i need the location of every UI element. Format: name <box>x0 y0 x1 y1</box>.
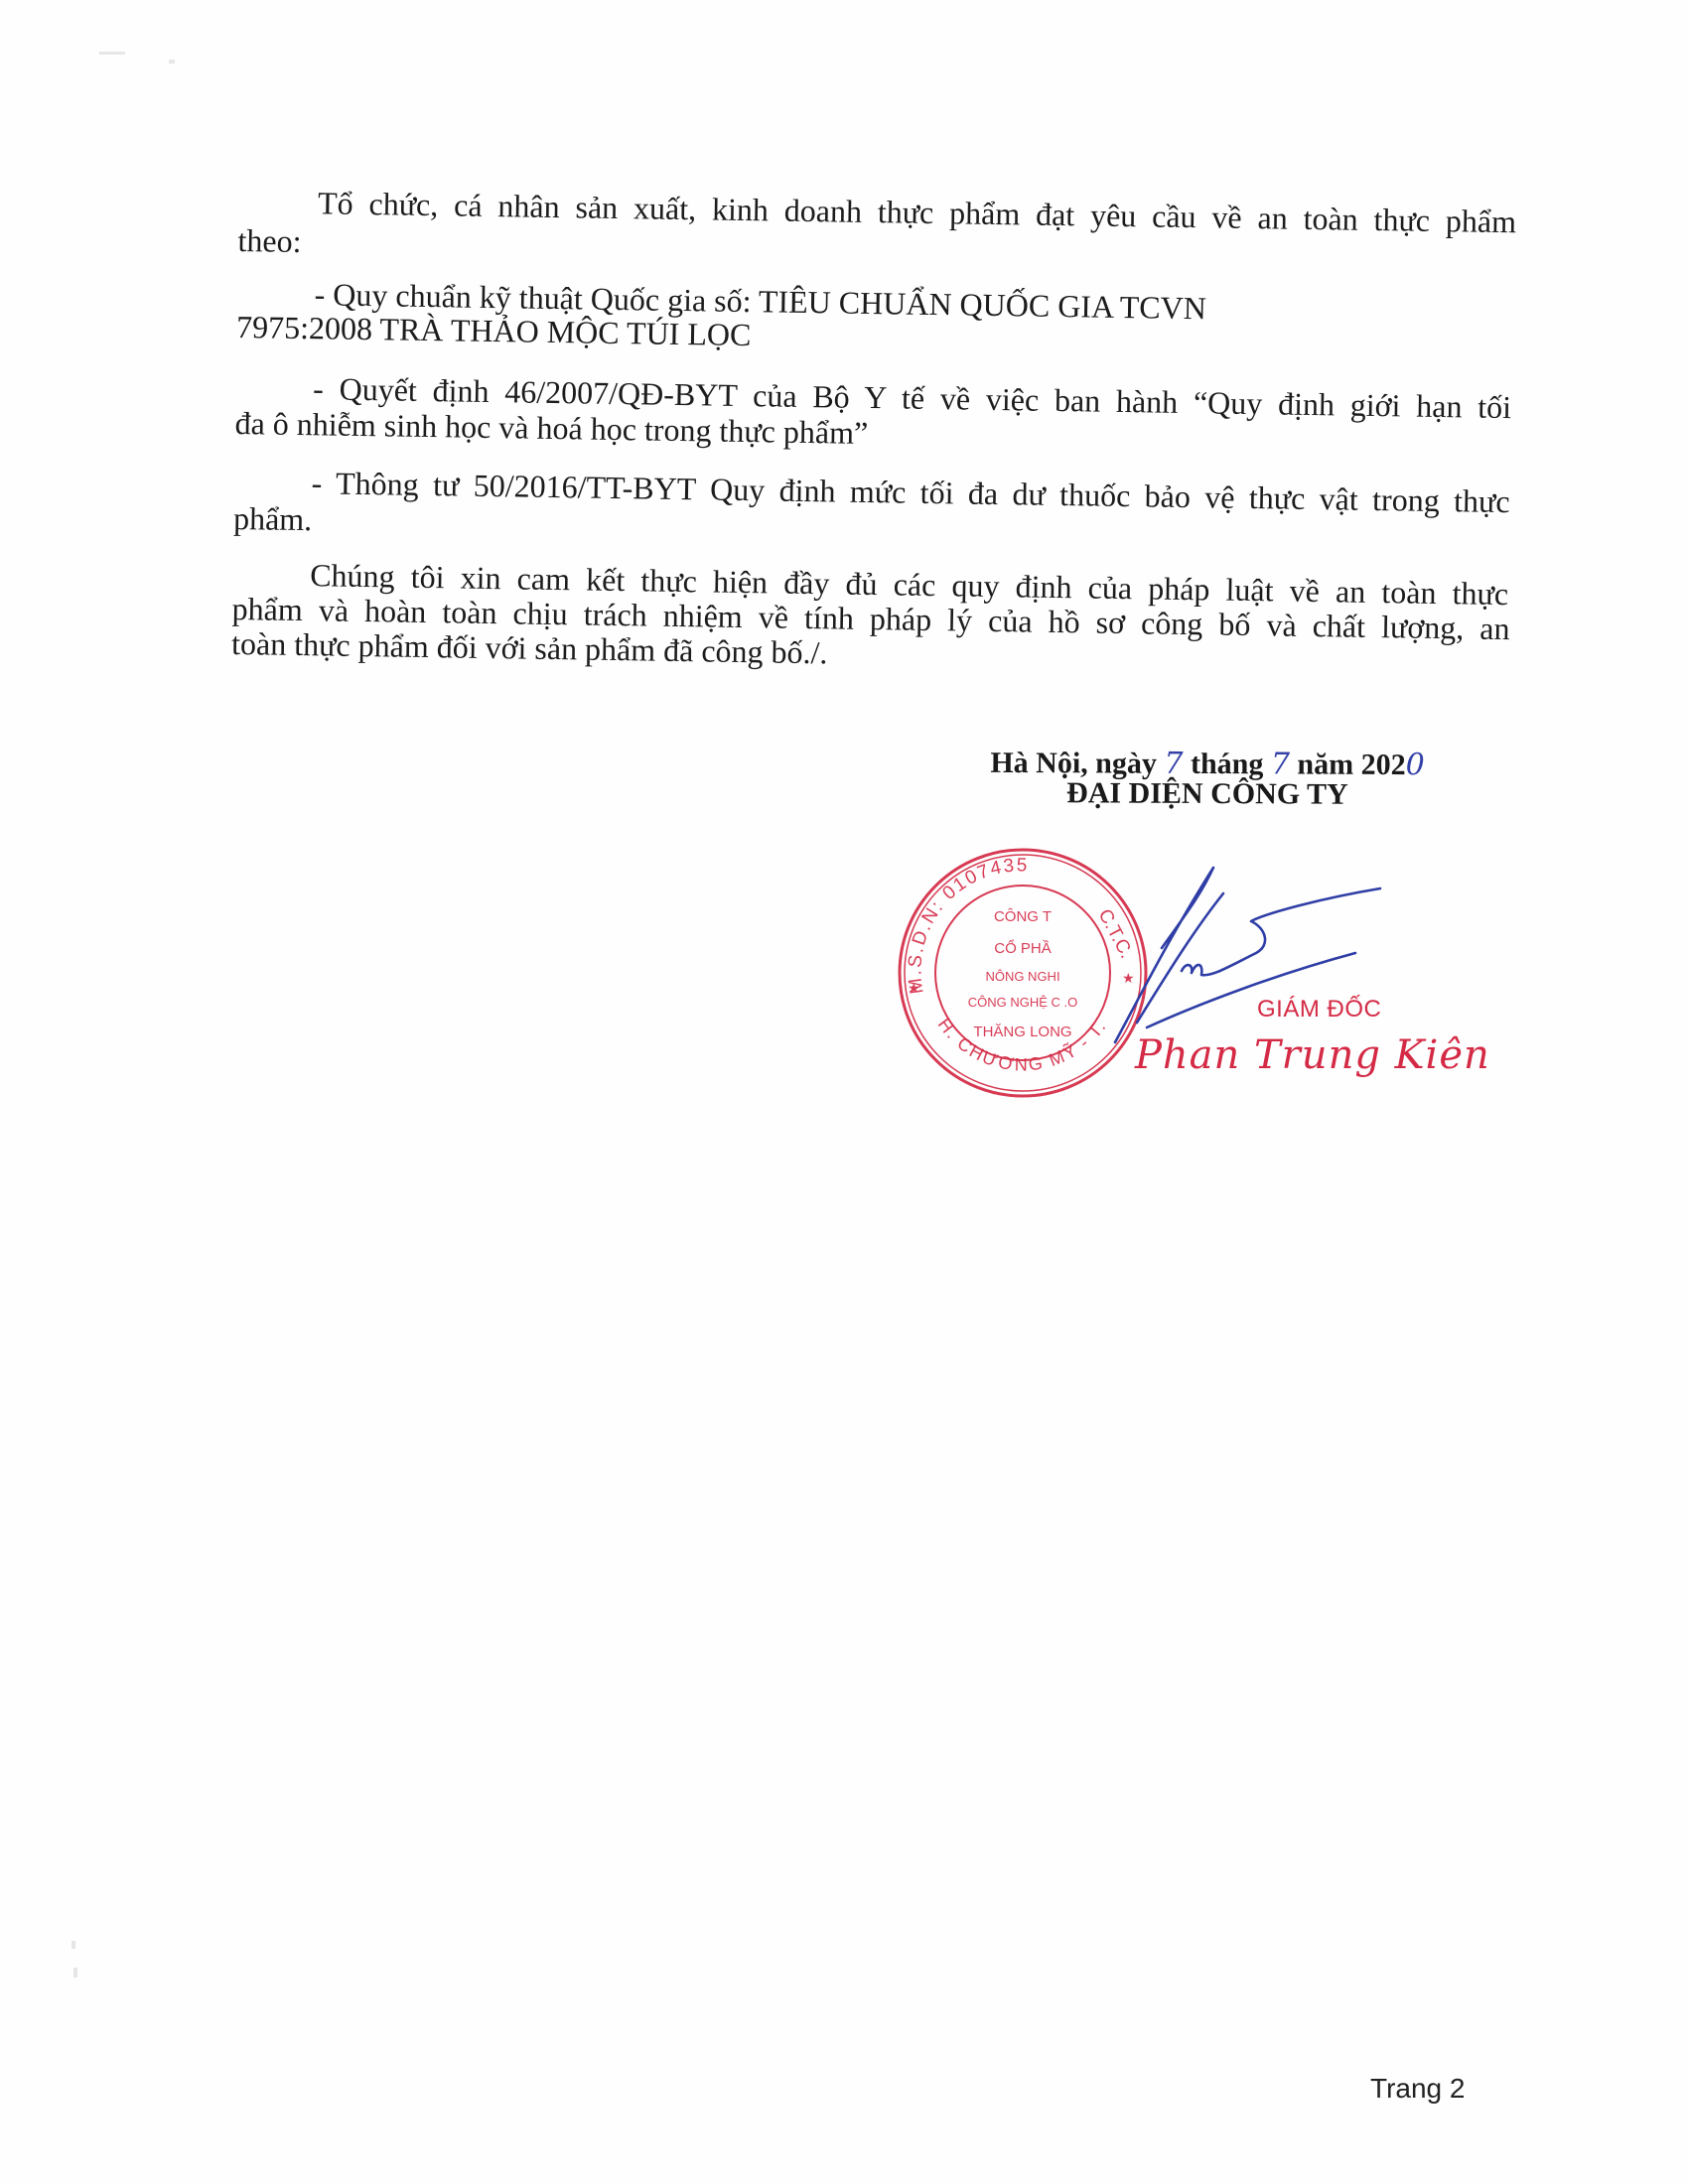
body-line: theo: <box>237 224 301 257</box>
document-page: Tổ chức, cá nhân sản xuất, kinh doanh th… <box>0 0 1688 2184</box>
svg-text:★: ★ <box>908 980 920 996</box>
body-line: toàn thực phẩm đối với sản phẩm đã công … <box>231 627 828 668</box>
stamp-line: CÔNG T <box>994 908 1052 925</box>
handwritten-month: 7 <box>1271 747 1290 781</box>
stamp-line: CÔNG NGHỆ C .O <box>968 995 1078 1010</box>
stamp-line: NÔNG NGHI <box>985 969 1059 984</box>
body-line: phẩm. <box>233 502 313 535</box>
body-line: Tổ chức, cá nhân sản xuất, kinh doanh th… <box>318 187 1516 245</box>
stamp-line: CỔ PHẦ <box>994 939 1052 957</box>
signer-title: GIÁM ĐỐC <box>1257 996 1381 1024</box>
body-line: - Thông tư 50/2016/TT-BYT Quy định mức t… <box>311 467 1509 525</box>
date-month-label: tháng <box>1183 748 1271 780</box>
body-line: đa ô nhiễm sinh học và hoá học trong thự… <box>234 407 868 449</box>
date-line: Hà Nội, ngày 7 tháng 7 năm 2020 <box>894 748 1521 780</box>
svg-text:★: ★ <box>1122 970 1135 986</box>
handwritten-day: 7 <box>1164 747 1183 781</box>
representative-label: ĐẠI DIỆN CÔNG TY <box>894 777 1521 810</box>
signer-name: Phan Trung Kiên <box>1135 1032 1490 1078</box>
body-text: Tổ chức, cá nhân sản xuất, kinh doanh th… <box>0 0 1688 738</box>
date-place: Hà Nội, ngày <box>990 747 1164 780</box>
date-signature-header: Hà Nội, ngày 7 tháng 7 năm 2020 ĐẠI DIỆN… <box>894 748 1521 810</box>
page-number: Trang 2 <box>1370 2073 1465 2105</box>
handwritten-year-digit: 0 <box>1406 748 1425 782</box>
date-year-label: năm 202 <box>1290 748 1406 781</box>
stamp-line: THĂNG LONG <box>973 1024 1071 1040</box>
company-stamp-icon: M.S.D.N: 0107435 C.T.C. H. CHƯƠNG MỸ - T… <box>894 844 1152 1102</box>
body-line: 7975:2008 TRÀ THẢO MỘC TÚI LỌC <box>236 311 752 350</box>
